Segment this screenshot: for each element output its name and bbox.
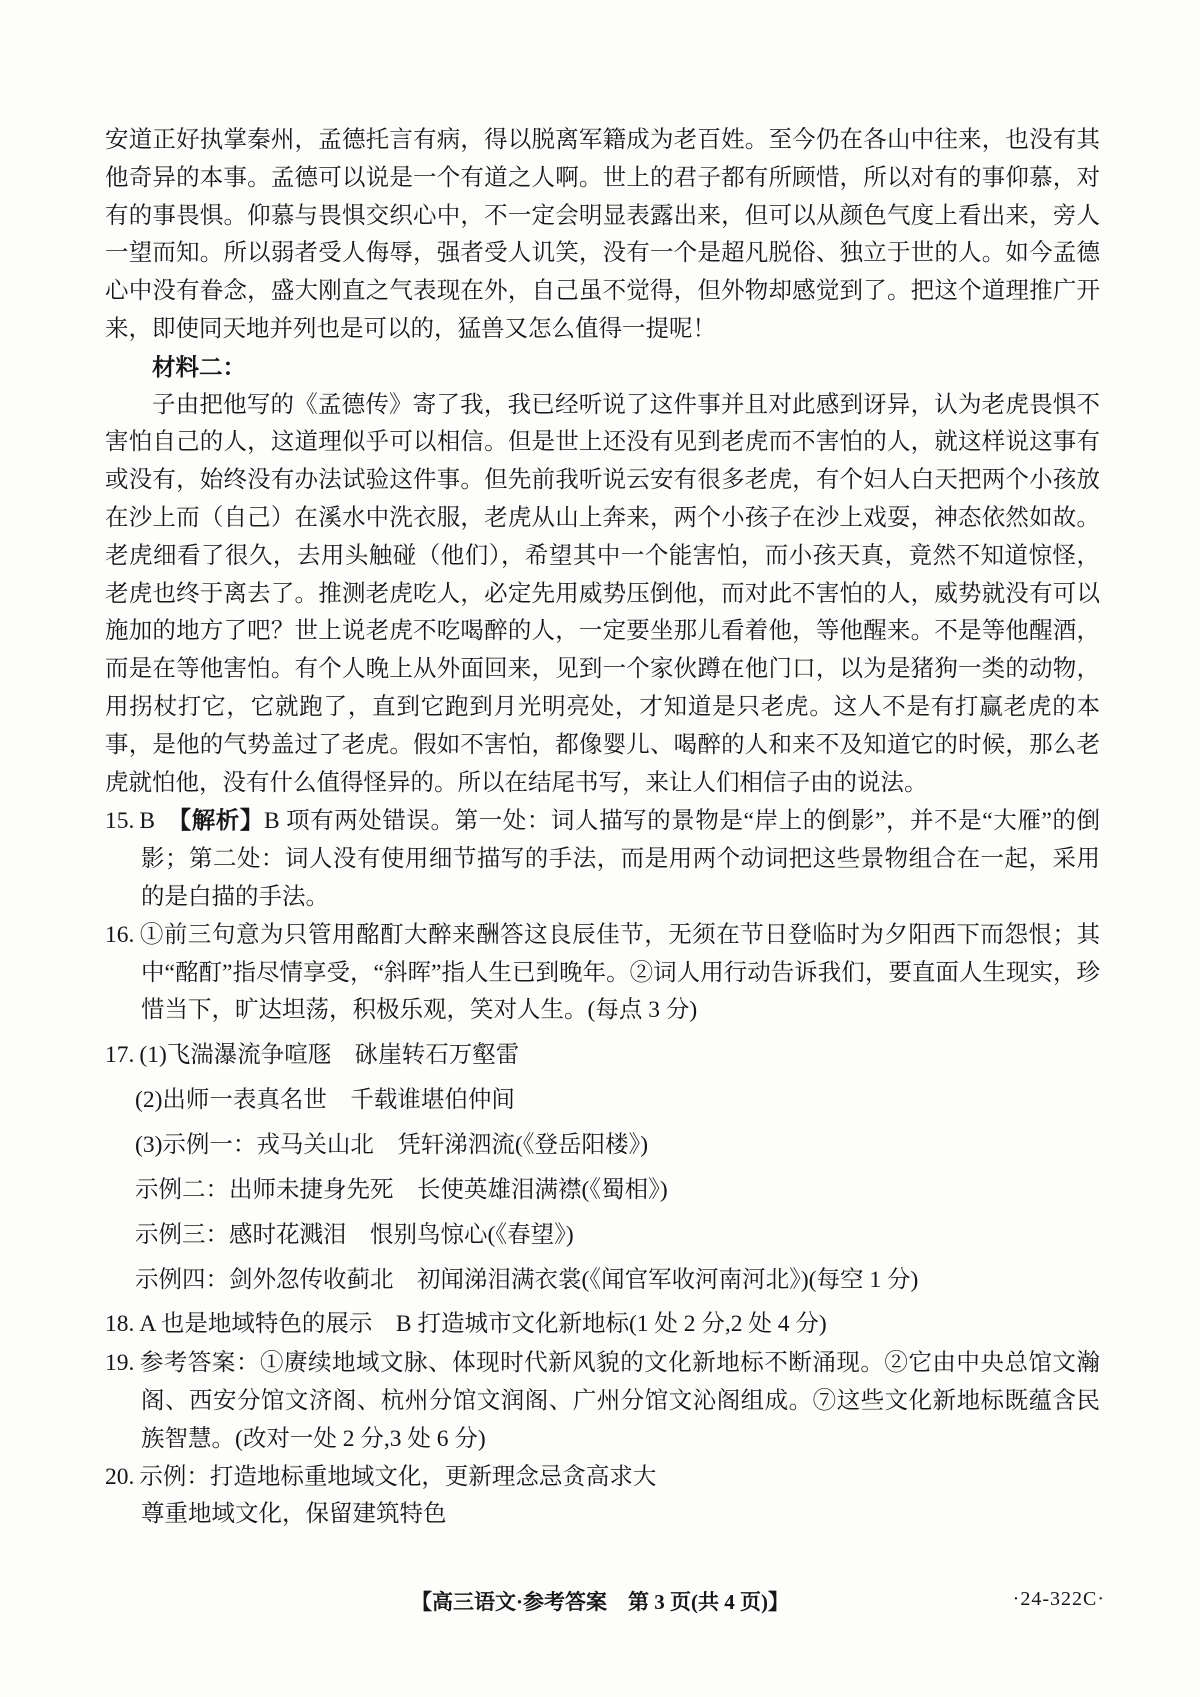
answer-17-number: 17. [105,1042,134,1068]
answer-15-text: B 项有两处错误。第一处：词人描写的景物是“岸上的倒影”，并不是“大雁”的倒影；… [141,808,1100,910]
page-footer: 【高三语文·参考答案 第 3 页(共 4 页)】 ·24-322C· [0,1586,1200,1626]
scanned-answer-key-page: 安道正好执掌秦州，孟德托言有病，得以脱离军籍成为老百姓。至今仍在各山中往来，也没… [0,0,1200,1697]
answer-17-line-1-text: (1)飞湍瀑流争喧豗 砯崖转石万壑雷 [139,1042,519,1068]
answer-15: 15.B【解析】B 项有两处错误。第一处：词人描写的景物是“岸上的倒影”，并不是… [105,802,1100,916]
answer-15-analysis-tag: 【解析】 [167,807,264,833]
answer-18-text: A 也是地域特色的展示 B 打造城市文化新地标(1 处 2 分,2 处 4 分) [139,1311,826,1337]
material-two-paragraph: 子由把他写的《孟德传》寄了我，我已经听说了这件事并且对此感到讶异，认为老虎畏惧不… [105,387,1100,803]
answer-19-number: 19. [105,1350,134,1376]
answer-17-line-5: 示例三：感时花溅泪 恨别鸟惊心(《春望》) [105,1213,1100,1258]
answer-17-line-4: 示例二：出师未捷身先死 长使英雄泪满襟(《蜀相》) [105,1168,1100,1213]
answer-16-text: ①前三句意为只管用酩酊大醉来酬答这良辰佳节，无须在节日登临时为夕阳西下而怨恨；其… [139,922,1100,1024]
answer-15-number: 15. [105,808,134,834]
answer-16-number: 16. [105,922,134,948]
answer-20-line-1: 20.示例：打造地标重地域文化，更新理念忌贪高求大 [105,1459,1100,1497]
answer-17: 17.(1)飞湍瀑流争喧豗 砯崖转石万壑雷 (2)出师一表真名世 千载谁堪伯仲间… [105,1033,1100,1303]
translation-paragraph-continued: 安道正好执掌秦州，孟德托言有病，得以脱离军籍成为老百姓。至今仍在各山中往来，也没… [105,122,1100,349]
answer-17-line-2: (2)出师一表真名世 千载谁堪伯仲间 [105,1078,1100,1123]
answer-20: 20.示例：打造地标重地域文化，更新理念忌贪高求大 尊重地域文化，保留建筑特色 [105,1459,1100,1535]
answer-17-line-3: (3)示例一：戎马关山北 凭轩涕泗流(《登岳阳楼》) [105,1123,1100,1168]
material-two-heading: 材料二： [105,349,1100,387]
answer-18: 18.A 也是地域特色的展示 B 打造城市文化新地标(1 处 2 分,2 处 4… [105,1303,1100,1345]
answer-15-letter: B [139,808,155,834]
footer-paper-code: ·24-322C· [1013,1588,1105,1611]
answer-20-line-2: 尊重地域文化，保留建筑特色 [105,1496,1100,1534]
answer-20-number: 20. [105,1464,134,1490]
answer-18-number: 18. [105,1311,134,1337]
answer-17-line-1: 17.(1)飞湍瀑流争喧豗 砯崖转石万壑雷 [105,1033,1100,1078]
answer-20-line-1-text: 示例：打造地标重地域文化，更新理念忌贪高求大 [139,1464,656,1490]
answer-19-text: 参考答案：①赓续地域文脉、体现时代新风貌的文化新地标不断涌现。②它由中央总馆文瀚… [139,1350,1100,1452]
answer-17-line-6: 示例四：剑外忽传收蓟北 初闻涕泪满衣裳(《闻官军收河南河北》)(每空 1 分) [105,1258,1100,1303]
page-content: 安道正好执掌秦州，孟德托言有病，得以脱离军籍成为老百姓。至今仍在各山中往来，也没… [0,0,1200,1534]
answer-19: 19.参考答案：①赓续地域文脉、体现时代新风貌的文化新地标不断涌现。②它由中央总… [105,1345,1100,1458]
answer-16: 16.①前三句意为只管用酩酊大醉来酬答这良辰佳节，无须在节日登临时为夕阳西下而怨… [105,917,1100,1030]
